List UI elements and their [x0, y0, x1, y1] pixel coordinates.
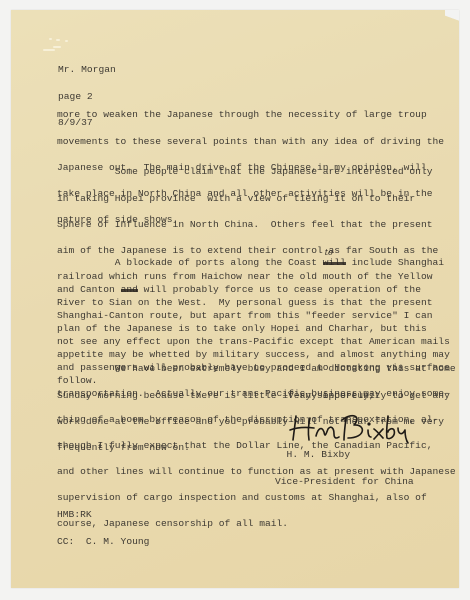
reference-block: HMB:RK CC: C. M. Young	[57, 494, 149, 564]
text-line-with-correction: A blockade of ports along the Coast will…	[57, 259, 456, 268]
text-line: Sphere of Influence in North China. Othe…	[57, 221, 450, 230]
text-line-with-correction: and Canton and will probably force us to…	[57, 286, 456, 295]
torn-corner	[445, 10, 459, 40]
struck-word: willto	[323, 259, 346, 268]
text-line: movements to these several points than w…	[57, 138, 444, 147]
handwritten-correction: to	[325, 249, 333, 258]
text-line: not see any effect upon the trans-Pacifi…	[57, 338, 456, 347]
signer-title: Vice-President for China	[275, 478, 414, 487]
signature-block: H. M. Bixby Vice-President for China	[275, 434, 414, 504]
struck-word: and	[121, 286, 138, 295]
closing: Very sincerely,	[288, 392, 375, 401]
text-line: in taking Hopei province with a view of …	[57, 195, 450, 204]
signer-name: H. M. Bixby	[275, 451, 414, 460]
text-line: Sunday morning because there is little i…	[57, 392, 456, 401]
reference-initials: HMB:RK	[57, 511, 149, 520]
text-line: We have been extremely busy and I am dic…	[57, 365, 456, 374]
recipient: Mr. Morgan	[58, 66, 116, 75]
text-line: more to weaken the Japanese through the …	[57, 111, 444, 120]
letter-page: Mr. Morgan page 2 8/9/37 more to weaken …	[11, 10, 459, 588]
text-line: Shanghai-Canton route, but apart from th…	[57, 312, 456, 321]
text-line: Some people claim that the Japanese are …	[57, 168, 450, 177]
carbon-copy: CC: C. M. Young	[57, 538, 149, 547]
